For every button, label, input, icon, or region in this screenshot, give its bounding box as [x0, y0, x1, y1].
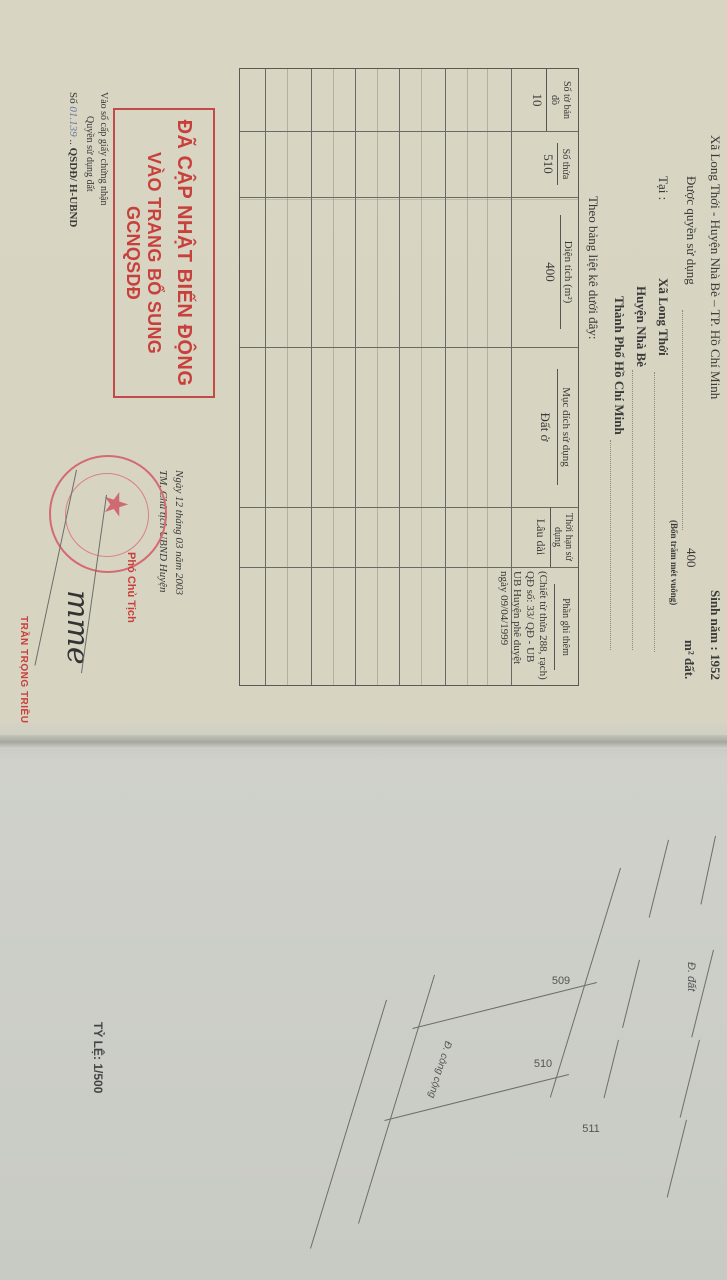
map-scale: TỶ LỆ: 1/500 [91, 1022, 105, 1093]
area-unit: m² đất. [681, 640, 697, 679]
header-purpose: Mục đích sử dụng Đất ở [539, 347, 572, 507]
cell-purpose: Đất ở [539, 347, 551, 507]
signing-date: Ngày 12 tháng 03 năm 2003 [173, 470, 185, 595]
parcel-label-510: 510 [534, 1058, 552, 1070]
use-right-label: Được quyền sử dụng [683, 176, 699, 285]
registry-line-3: Số 01.139 .. QSDĐ/ H-UBND [67, 92, 79, 227]
birth-year: Sinh năm : 1952 [707, 590, 723, 680]
area-words-hint: (Bốn trăm mét vuông) [669, 520, 679, 605]
bottom-road-label: Đ. công cộng [426, 1040, 454, 1100]
signer-name: TRẦN TRỌNG TRIỀU [18, 616, 29, 723]
deputy-title: Phó Chủ Tịch [125, 552, 137, 623]
page-fold [0, 735, 727, 749]
dotted-line [610, 440, 611, 650]
header-term: Thời hạn sử dụng Lâu dài [535, 507, 574, 567]
district: Huyện Nhà Bè [633, 286, 649, 367]
update-stamp: ĐÃ CẬP NHẬT BIẾN ĐỘNG VÀO TRANG BỔ SUNG … [113, 108, 215, 398]
header-area: Diện tích (m²) 400 [544, 197, 574, 347]
cell-parcel: 510 [542, 131, 554, 197]
city: Thành Phố Hồ Chí Minh [611, 296, 627, 435]
cell-map-sheet: 10 [531, 69, 543, 131]
parcel-label-511: 511 [582, 1123, 600, 1135]
header-map-sheet: Số tờ bản đồ 10 [531, 69, 572, 131]
land-use-certificate-sheet: Xã Long Thới - Huyện Nhà Bè – TP. Hồ Chí… [0, 0, 727, 1280]
commune: Xã Long Thới [655, 278, 671, 356]
area-value: 400 [683, 548, 699, 568]
parcel-label-509: 509 [552, 975, 570, 987]
registry-line-1: Vào sổ cấp giấy chứng nhận [98, 92, 109, 205]
registry-line-2: Quyền sử dụng đất [84, 116, 95, 192]
top-road-label: Đ. đất [685, 962, 697, 991]
cell-area: 400 [544, 197, 556, 347]
birth-place-line: Xã Long Thới - Huyện Nhà Bè – TP. Hồ Chí… [707, 135, 723, 399]
cell-term: Lâu dài [535, 507, 547, 567]
dotted-line [682, 310, 683, 530]
dotted-line [654, 372, 655, 652]
dotted-line [632, 370, 633, 650]
cell-notes: (Chiết từ thửa 288, rạch) QĐ số: 33/ QĐ … [497, 567, 549, 687]
location-label: Tại : [655, 176, 671, 200]
header-parcel: Số thửa 510 [542, 131, 572, 197]
table-intro: Theo bảng liệt kê dưới đây: [585, 196, 601, 340]
header-notes: Phần ghi thêm (Chiết từ thửa 288, rạch) … [497, 567, 572, 687]
parcel-table: Số tờ bản đồ 10 Số thửa 510 Diện tích (m… [239, 68, 579, 686]
